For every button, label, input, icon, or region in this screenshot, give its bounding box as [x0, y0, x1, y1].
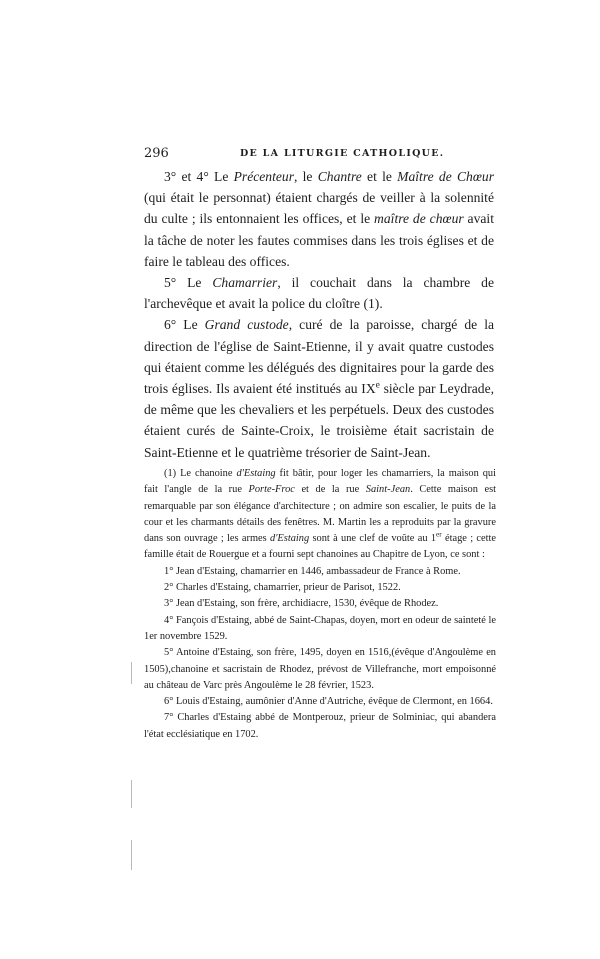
scan-mark [131, 840, 132, 870]
italic-term: Grand custode [205, 317, 289, 332]
paragraph-chamarrier: 5° Le Chamarrier, il couchait dans la ch… [144, 272, 494, 314]
text: et le [362, 169, 397, 184]
text: , le [294, 169, 318, 184]
italic-term: Maître de Chœur [397, 169, 494, 184]
italic-term: Précenteur [234, 169, 294, 184]
italic-term: maître de chœur [374, 211, 464, 226]
footnote-item: 3° Jean d'Estaing, son frère, archidiacr… [144, 596, 496, 612]
paragraph-grand-custode: 6° Le Grand custode, curé de la paroisse… [144, 314, 494, 462]
italic-term: Chamarrier [212, 275, 277, 290]
page-header: 296 DE LA LITURGIE CATHOLIQUE. [144, 146, 492, 162]
text: 5° Le [164, 275, 212, 290]
main-text: 3° et 4° Le Précenteur, le Chantre et le… [144, 166, 494, 463]
footnote: (1) Le chanoine d'Estaing fit bâtir, pou… [144, 466, 496, 743]
text: (1) Le chanoine [164, 468, 236, 479]
italic-term: d'Estaing [270, 533, 309, 544]
page-number: 296 [144, 146, 169, 161]
book-page: 296 DE LA LITURGIE CATHOLIQUE. 3° et 4° … [0, 0, 600, 959]
text: 6° Le [164, 317, 205, 332]
running-head: DE LA LITURGIE CATHOLIQUE. [240, 148, 444, 159]
scan-mark [131, 780, 132, 808]
footnote-intro: (1) Le chanoine d'Estaing fit bâtir, pou… [144, 466, 496, 564]
footnote-item: 6° Louis d'Estaing, aumônier d'Anne d'Au… [144, 694, 496, 710]
italic-term: d'Estaing [236, 468, 275, 479]
paragraph-precenteur: 3° et 4° Le Précenteur, le Chantre et le… [144, 166, 494, 272]
footnote-item: 1° Jean d'Estaing, chamarrier en 1446, a… [144, 564, 496, 580]
text: sont à une clef de voûte au 1 [309, 533, 436, 544]
text: et de la rue [295, 484, 366, 495]
footnote-item: 5° Antoine d'Estaing, son frère, 1495, d… [144, 645, 496, 694]
text: 3° et 4° Le [164, 169, 234, 184]
footnote-item: 2° Charles d'Estaing, chamarrier, prieur… [144, 580, 496, 596]
italic-term: Porte-Froc [249, 484, 295, 495]
italic-term: Chantre [318, 169, 362, 184]
scan-mark [131, 662, 132, 684]
italic-term: Saint-Jean [366, 484, 410, 495]
footnote-item: 4° Fançois d'Estaing, abbé de Saint-Chap… [144, 613, 496, 646]
footnote-item: 7° Charles d'Estaing abbé de Montperouz,… [144, 710, 496, 743]
